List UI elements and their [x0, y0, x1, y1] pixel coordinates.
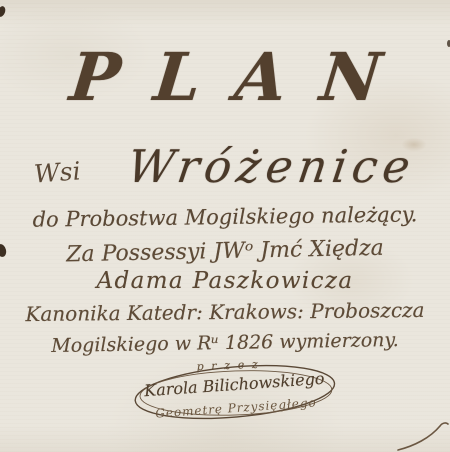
priest-name-line: Adama Paszkowicza	[0, 268, 450, 294]
village-prefix: Wsi	[33, 156, 81, 188]
parish-line: do Probostwa Mogilskiego należący.	[0, 202, 450, 232]
possession-line: Za Possessyi JWᵒ Jmć Xiędza	[0, 234, 450, 268]
canon-line: Kanonika Katedr: Krakows: Proboszcza	[0, 298, 450, 327]
ink-speck	[0, 5, 7, 18]
surveyor-cartouche: Karola Bilichowskiego Geometrę Przysięgł…	[128, 356, 342, 432]
corner-flourish	[396, 420, 450, 452]
document-title: PLAN	[0, 38, 450, 116]
village-name: Wróżenice	[124, 140, 418, 193]
manuscript-page: PLAN Wsi Wróżenice do Probostwa Mogilski…	[0, 0, 450, 452]
